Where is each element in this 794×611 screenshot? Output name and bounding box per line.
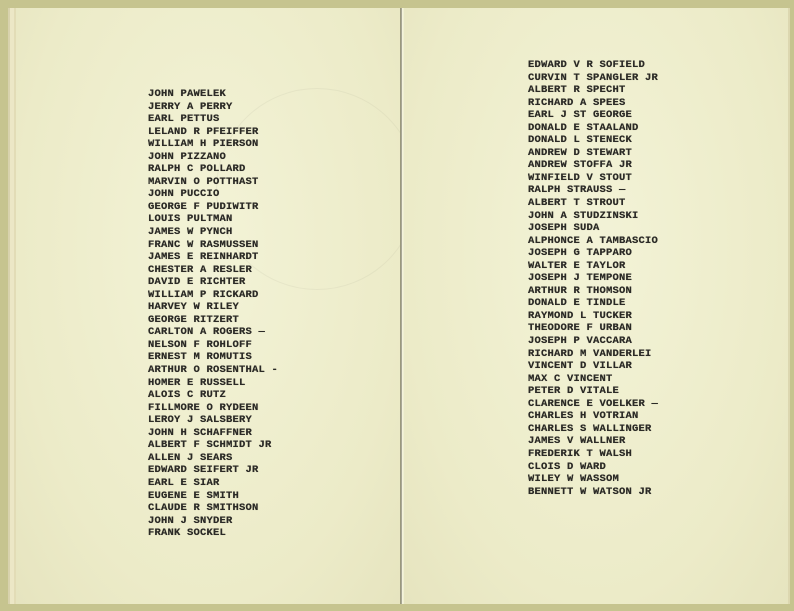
name-entry: ANDREW D STEWART — [528, 147, 658, 160]
name-entry: LEROY J SALSBERY — [148, 414, 278, 427]
name-entry: JOHN PUCCIO — [148, 188, 278, 201]
name-entry: JOHN PIZZANO — [148, 151, 278, 164]
left-page: JOHN PAWELEKJERRY A PERRYEARL PETTUSLELA… — [14, 8, 402, 604]
name-entry: HARVEY W RILEY — [148, 301, 278, 314]
right-page: EDWARD V R SOFIELDCURVIN T SPANGLER JRAL… — [404, 8, 790, 604]
name-entry: NELSON F ROHLOFF — [148, 339, 278, 352]
name-entry: DONALD L STENECK — [528, 134, 658, 147]
name-entry: ALBERT R SPECHT — [528, 84, 658, 97]
name-entry: WILLIAM H PIERSON — [148, 138, 278, 151]
name-entry: WILEY W WASSOM — [528, 473, 658, 486]
name-entry: WINFIELD V STOUT — [528, 172, 658, 185]
name-entry: FRANC W RASMUSSEN — [148, 239, 278, 252]
name-entry: LOUIS PULTMAN — [148, 213, 278, 226]
name-entry: JERRY A PERRY — [148, 101, 278, 114]
name-entry: JOHN PAWELEK — [148, 88, 278, 101]
name-entry: CLOIS D WARD — [528, 461, 658, 474]
name-entry: ALBERT F SCHMIDT JR — [148, 439, 278, 452]
name-entry: JAMES V WALLNER — [528, 435, 658, 448]
name-entry: GEORGE RITZERT — [148, 314, 278, 327]
name-entry: RICHARD M VANDERLEI — [528, 348, 658, 361]
name-entry: CLARENCE E VOELKER — — [528, 398, 658, 411]
name-entry: LELAND R PFEIFFER — [148, 126, 278, 139]
name-entry: RICHARD A SPEES — [528, 97, 658, 110]
name-entry: RALPH STRAUSS — — [528, 184, 658, 197]
name-entry: ANDREW STOFFA JR — [528, 159, 658, 172]
name-entry: JOHN J SNYDER — [148, 515, 278, 528]
name-entry: PETER D VITALE — [528, 385, 658, 398]
name-entry: BENNETT W WATSON JR — [528, 486, 658, 499]
name-entry: JAMES E REINHARDT — [148, 251, 278, 264]
name-entry: JOSEPH SUDA — [528, 222, 658, 235]
name-entry: THEODORE F URBAN — [528, 322, 658, 335]
name-entry: CURVIN T SPANGLER JR — [528, 72, 658, 85]
name-entry: WALTER E TAYLOR — [528, 260, 658, 273]
name-entry: CHARLES H VOTRIAN — [528, 410, 658, 423]
name-entry: JOHN A STUDZINSKI — [528, 210, 658, 223]
name-entry: JOSEPH P VACCARA — [528, 335, 658, 348]
name-entry: EUGENE E SMITH — [148, 490, 278, 503]
name-entry: DAVID E RICHTER — [148, 276, 278, 289]
name-entry: EDWARD V R SOFIELD — [528, 59, 658, 72]
name-entry: CHESTER A RESLER — [148, 264, 278, 277]
left-name-list: JOHN PAWELEKJERRY A PERRYEARL PETTUSLELA… — [148, 88, 278, 540]
name-entry: ARTHUR R THOMSON — [528, 285, 658, 298]
name-entry: RAYMOND L TUCKER — [528, 310, 658, 323]
name-entry: CHARLES S WALLINGER — [528, 423, 658, 436]
scan-background-strip — [0, 604, 794, 611]
name-entry: JOSEPH G TAPPARO — [528, 247, 658, 260]
name-entry: CARLTON A ROGERS — — [148, 326, 278, 339]
name-entry: DONALD E TINDLE — [528, 297, 658, 310]
name-entry: ALLEN J SEARS — [148, 452, 278, 465]
name-entry: VINCENT D VILLAR — [528, 360, 658, 373]
name-entry: JOSEPH J TEMPONE — [528, 272, 658, 285]
name-entry: DONALD E STAALAND — [528, 122, 658, 135]
name-entry: RALPH C POLLARD — [148, 163, 278, 176]
name-entry: MAX C VINCENT — [528, 373, 658, 386]
name-entry: WILLIAM P RICKARD — [148, 289, 278, 302]
name-entry: EARL J ST GEORGE — [528, 109, 658, 122]
name-entry: HOMER E RUSSELL — [148, 377, 278, 390]
name-entry: EARL PETTUS — [148, 113, 278, 126]
name-entry: EARL E SIAR — [148, 477, 278, 490]
name-entry: MARVIN O POTTHAST — [148, 176, 278, 189]
name-entry: FILLMORE O RYDEEN — [148, 402, 278, 415]
name-entry: ERNEST M ROMUTIS — [148, 351, 278, 364]
name-entry: ALPHONCE A TAMBASCIO — [528, 235, 658, 248]
name-entry: ALOIS C RUTZ — [148, 389, 278, 402]
name-entry: GEORGE F PUDIWITR — [148, 201, 278, 214]
name-entry: EDWARD SEIFERT JR — [148, 464, 278, 477]
name-entry: ARTHUR O ROSENTHAL ‐ — [148, 364, 278, 377]
name-entry: JAMES W PYNCH — [148, 226, 278, 239]
name-entry: CLAUDE R SMITHSON — [148, 502, 278, 515]
name-entry: ALBERT T STROUT — [528, 197, 658, 210]
name-entry: JOHN H SCHAFFNER — [148, 427, 278, 440]
name-entry: FRANK SOCKEL — [148, 527, 278, 540]
name-entry: FREDERIK T WALSH — [528, 448, 658, 461]
right-name-list: EDWARD V R SOFIELDCURVIN T SPANGLER JRAL… — [528, 59, 658, 498]
